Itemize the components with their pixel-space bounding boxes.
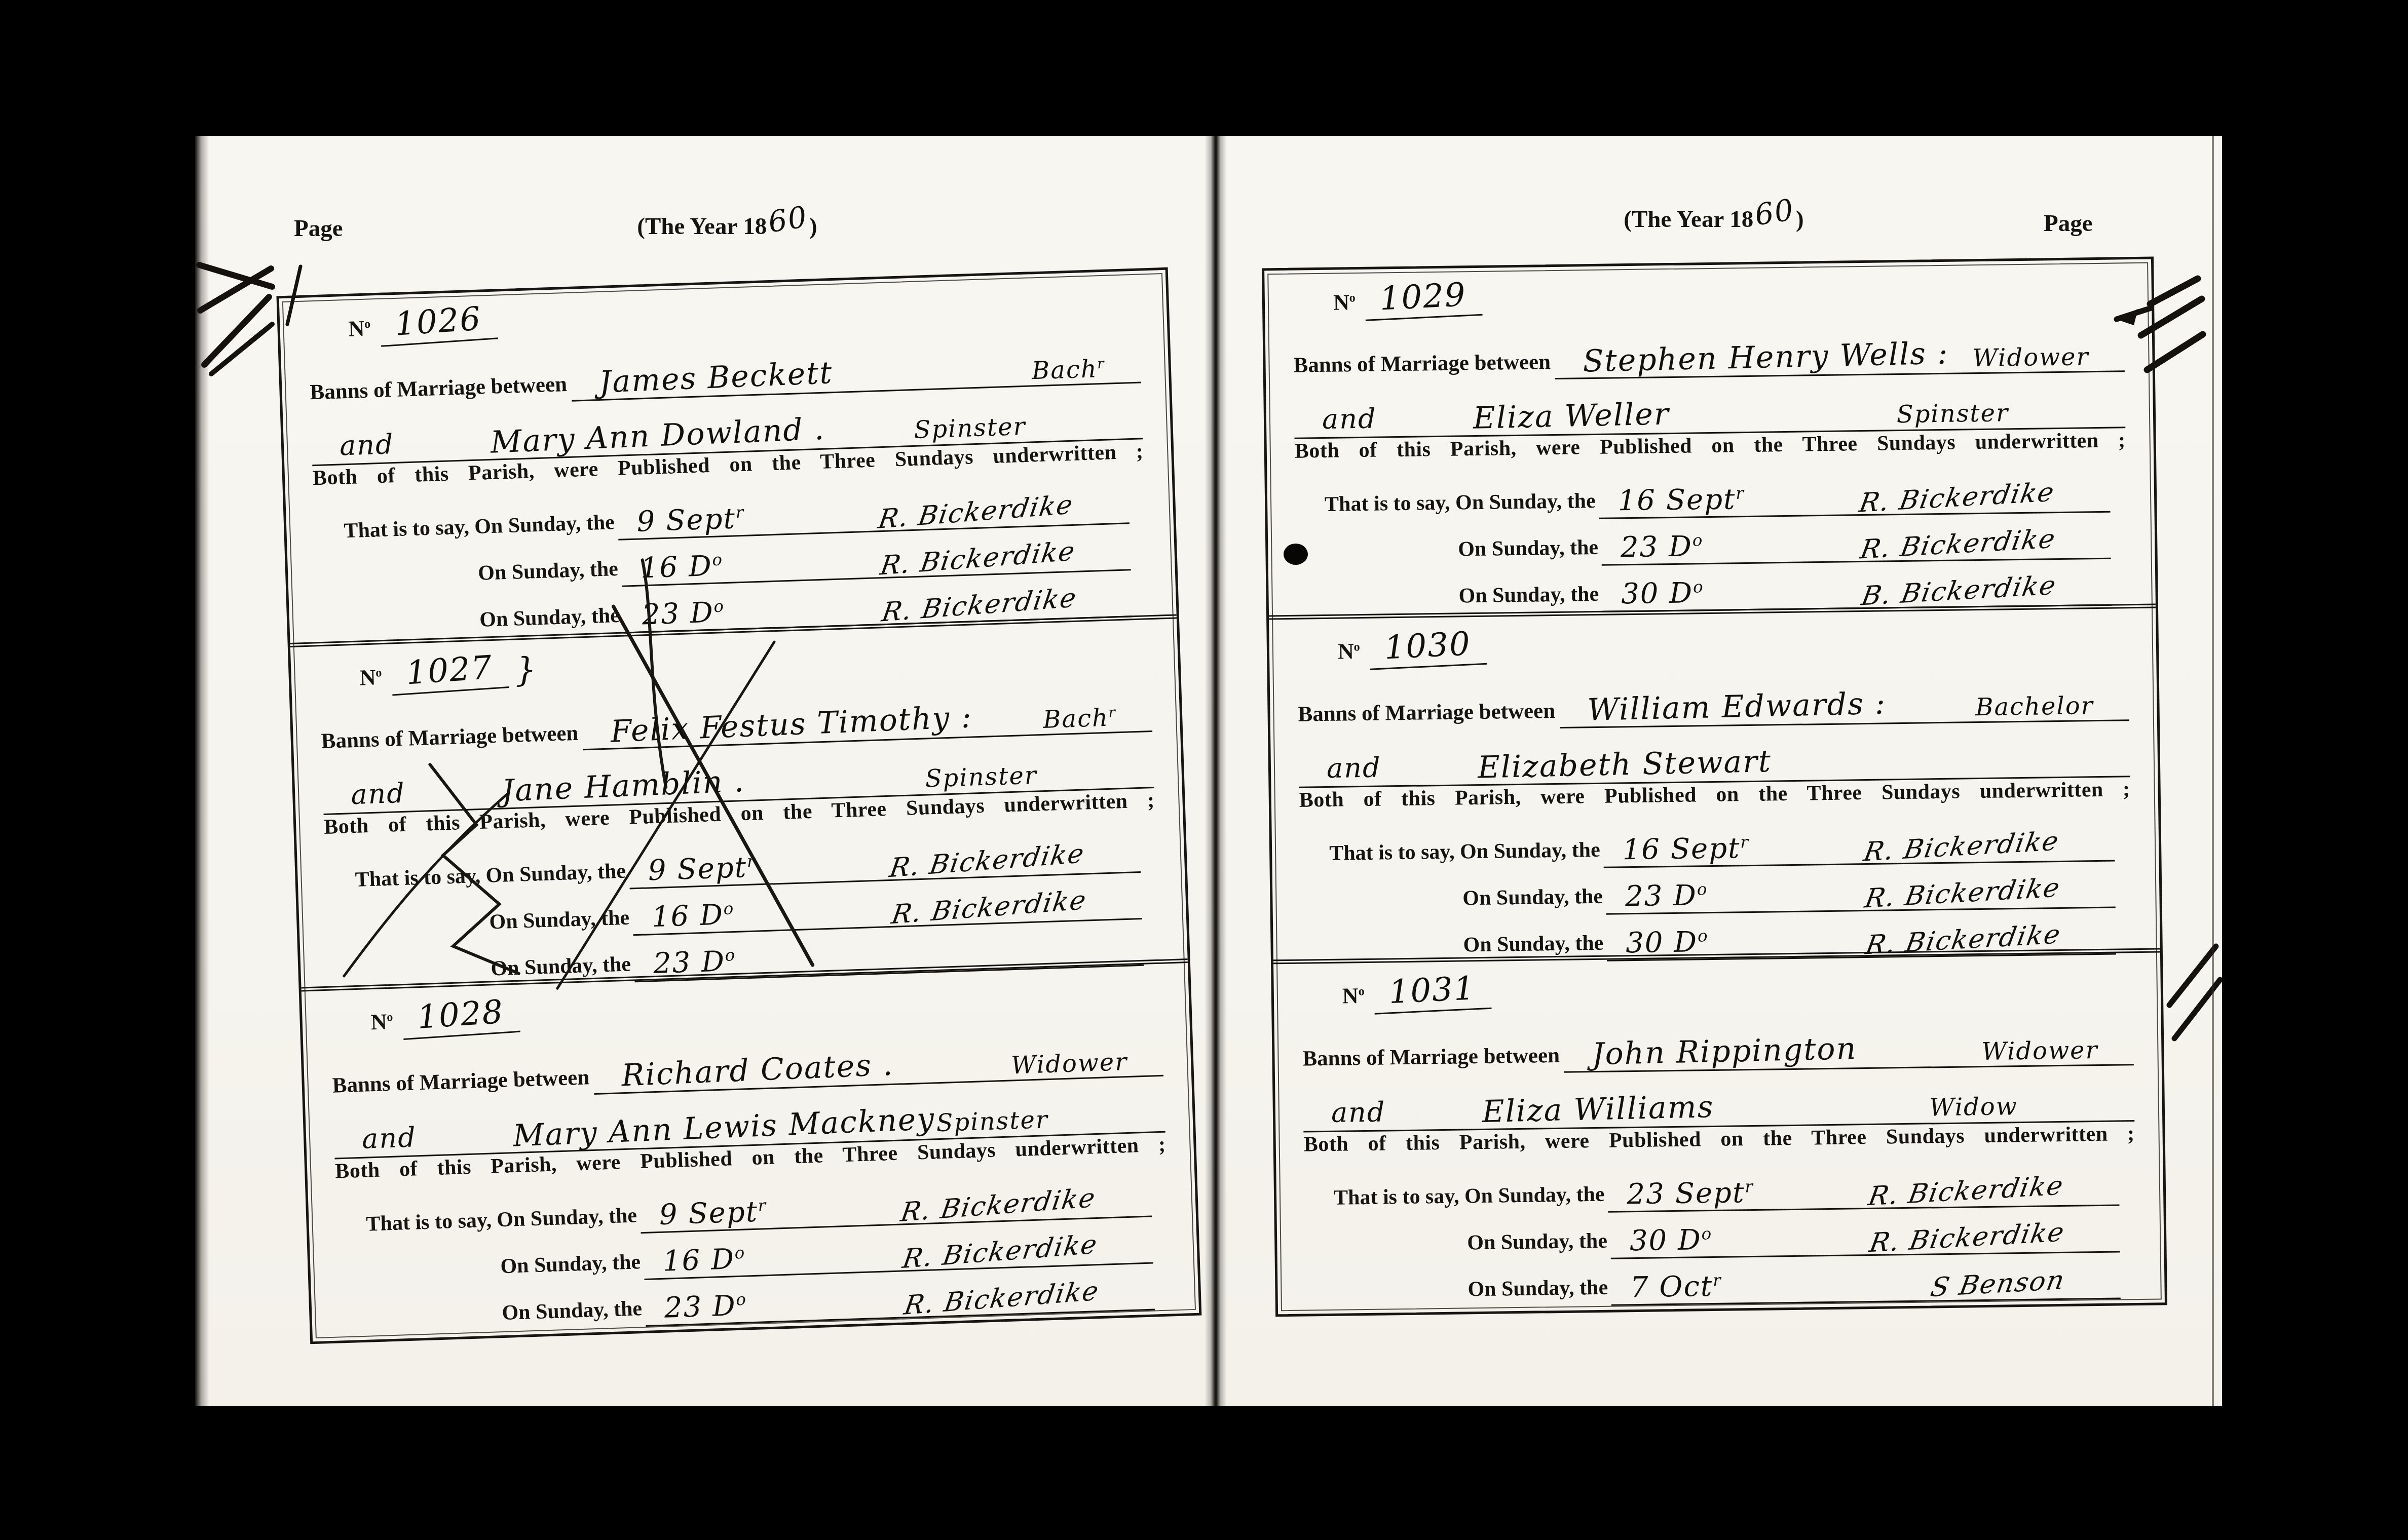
register-page-right: No 1029 Banns of Marriage between Stephe… — [1262, 256, 2167, 1317]
groom-name: Stephen Henry Wells : — [1582, 336, 1948, 379]
entry-number: 1026 — [379, 299, 498, 346]
and-label: and — [1322, 403, 1377, 437]
and-label: and — [339, 428, 395, 464]
groom-line: Stephen Henry Wells : Widower — [1555, 335, 2125, 379]
groom-row: Banns of Marriage between William Edward… — [1297, 658, 2129, 731]
groom-status: Bachr — [1042, 703, 1117, 734]
sunday-label: On Sunday, the — [1468, 1276, 1608, 1308]
sunday-line: 23 Do R. Bickerdike — [645, 1276, 1155, 1327]
groom-status: Widower — [1972, 342, 2089, 372]
banns-entry-1031: No 1031 Banns of Marriage between John R… — [1273, 948, 2165, 1304]
sunday-line: 16 Septr R. Bickerdike — [1603, 827, 2115, 868]
banns-label: Banns of Marriage between — [1293, 350, 1551, 383]
page-number-label-left: Page — [294, 215, 343, 242]
year-printed-suffix: ) — [809, 213, 817, 240]
banns-entry-1027: No 1027 } Banns of Marriage between Feli… — [290, 614, 1188, 987]
entry-number: 1030 — [1368, 625, 1487, 670]
groom-status: Bachelor — [1975, 691, 2094, 721]
sunday-line: 16 Septr R. Bickerdike — [1598, 478, 2110, 519]
and-label: and — [1331, 1096, 1385, 1130]
book-binding-crease — [1205, 136, 1227, 1406]
no-label: No — [348, 315, 371, 345]
groom-row: Banns of Marriage between John Rippingto… — [1302, 1003, 2133, 1076]
groom-line: William Edwards : Bachelor — [1559, 684, 2129, 728]
banns-entry-1026: No 1026 Banns of Marriage between James … — [279, 270, 1177, 643]
officiant-signature: R. Bickerdike — [1862, 873, 2062, 914]
no-label: No — [1333, 289, 1356, 320]
groom-name: John Rippington — [1591, 1031, 1857, 1072]
banns-date: 23 Do — [642, 596, 726, 631]
banns-date: 16 Septr — [1617, 483, 1745, 517]
year-printed-suffix: ) — [1796, 206, 1804, 233]
banns-date: 23 Septr — [1627, 1176, 1754, 1211]
bride-row: and Eliza Weller Spinster — [1294, 372, 2125, 439]
sunday-label: On Sunday, the — [478, 557, 619, 592]
sunday-label: On Sunday, the — [1458, 535, 1598, 568]
bride-row: and Elizabeth Stewart — [1298, 721, 2130, 788]
no-label: No — [359, 664, 383, 695]
officiant-signature: R. Bickerdike — [1866, 1171, 2066, 1212]
scanned-register-screenshot: { "form": { "page_label": "Page", "year_… — [0, 0, 2408, 1540]
banns-date: 9 Septr — [648, 851, 757, 887]
bride-name: Eliza Williams — [1482, 1089, 1714, 1130]
banns-label: Banns of Marriage between — [1302, 1043, 1560, 1076]
officiant-signature: R. Bickerdike — [902, 1276, 1102, 1321]
banns-date: 23 Do — [664, 1289, 748, 1324]
sunday-line: 23 Do R. Bickerdike — [1601, 525, 2111, 566]
no-label: No — [1338, 638, 1361, 669]
sunday-label: On Sunday, the — [1462, 884, 1603, 917]
sunday-label: On Sunday, the — [1458, 582, 1599, 614]
banns-date: 16 Septr — [1622, 832, 1749, 866]
first-sunday-label: That is to say, On Sunday, the — [1329, 838, 1600, 872]
entry-number-annotation: } — [514, 650, 538, 689]
entry-number: 1027 — [390, 648, 509, 696]
no-label: No — [370, 1009, 394, 1039]
bride-name: Eliza Weller — [1473, 396, 1670, 436]
and-label: and — [1327, 752, 1381, 786]
officiant-signature: S Benson — [1928, 1265, 2067, 1303]
sunday-label: On Sunday, the — [489, 906, 630, 941]
banns-entry-1030: No 1030 Banns of Marriage between Willia… — [1269, 603, 2160, 959]
page-edge-line — [2212, 136, 2214, 1406]
bride-status: Spinster — [925, 761, 1038, 794]
banns-date: 23 Do — [1625, 879, 1708, 913]
register-page-left: No 1026 Banns of Marriage between James … — [276, 267, 1201, 1344]
banns-date: 30 Do — [1629, 1223, 1712, 1257]
groom-row: Banns of Marriage between Stephen Henry … — [1293, 309, 2124, 382]
officiant-signature: R. Bickerdike — [1862, 826, 2062, 868]
year-handwritten: 60 — [766, 199, 810, 239]
year-printed-prefix: (The Year 18 — [637, 213, 767, 240]
entry-number: 1029 — [1364, 276, 1482, 321]
year-handwritten: 60 — [1752, 192, 1796, 232]
sunday-line: 30 Do R. Bickerdike — [1610, 1218, 2120, 1259]
year-label-right: (The Year 1860) — [1595, 200, 1833, 234]
entry-number: 1031 — [1373, 969, 1491, 1015]
banns-date: 16 Do — [651, 898, 735, 934]
bride-status: Spinster — [936, 1105, 1049, 1138]
banns-entry-1028: No 1028 Banns of Marriage between Richar… — [302, 958, 1199, 1331]
first-sunday-label: That is to say, On Sunday, the — [1325, 489, 1596, 523]
officiant-signature: R. Bickerdike — [1858, 524, 2058, 565]
officiant-signature: R. Bickerdike — [1857, 477, 2057, 519]
entry-number: 1028 — [401, 992, 520, 1040]
officiant-signature: R. Bickerdike — [1867, 1217, 2067, 1259]
sunday-line: 23 Septr R. Bickerdike — [1607, 1172, 2119, 1213]
sunday-label: On Sunday, the — [502, 1296, 643, 1331]
banns-date: 30 Do — [1621, 576, 1704, 610]
sunday-line: 7 Octr S Benson — [1611, 1265, 2121, 1306]
groom-name: James Beckett — [598, 355, 833, 400]
register-book-spread: Page (The Year 1860) (The Year 1860) Pag… — [195, 136, 2222, 1406]
bride-status: Spinster — [1896, 399, 2009, 430]
groom-line: John Rippington Widower — [1564, 1028, 2134, 1073]
bride-name: Elizabeth Stewart — [1477, 744, 1772, 786]
and-label: and — [361, 1121, 417, 1157]
banns-date: 9 Septr — [659, 1195, 768, 1231]
banns-label: Banns of Marriage between — [1298, 699, 1555, 732]
groom-status: Bachr — [1031, 355, 1106, 386]
banns-date: 23 Do — [1621, 530, 1704, 564]
no-label: No — [1342, 983, 1365, 1013]
bride-name: Jane Hamblin . — [501, 763, 745, 809]
banns-date: 16 Do — [640, 549, 724, 585]
bride-row: and Eliza Williams Widow — [1303, 1065, 2134, 1132]
banns-date: 16 Do — [662, 1243, 746, 1278]
banns-entry-1029: No 1029 Banns of Marriage between Stephe… — [1264, 259, 2156, 615]
sunday-label: On Sunday, the — [1467, 1229, 1607, 1261]
page-number-label-right: Page — [2044, 210, 2093, 237]
groom-status: Widower — [1010, 1048, 1128, 1080]
first-sunday-label: That is to say, On Sunday, the — [1334, 1182, 1605, 1216]
groom-name: William Edwards : — [1587, 686, 1886, 728]
groom-status: Widower — [1981, 1036, 2098, 1066]
banns-date: 7 Octr — [1630, 1270, 1722, 1304]
and-label: and — [350, 777, 406, 813]
sunday-line: 23 Do R. Bickerdike — [1606, 874, 2116, 915]
year-printed-prefix: (The Year 18 — [1624, 206, 1753, 233]
bride-status: Spinster — [914, 412, 1027, 445]
year-label-left: (The Year 1860) — [608, 207, 846, 241]
bride-status: Widow — [1929, 1092, 2018, 1123]
sunday-label: On Sunday, the — [500, 1250, 641, 1285]
banns-date: 9 Septr — [636, 502, 745, 538]
